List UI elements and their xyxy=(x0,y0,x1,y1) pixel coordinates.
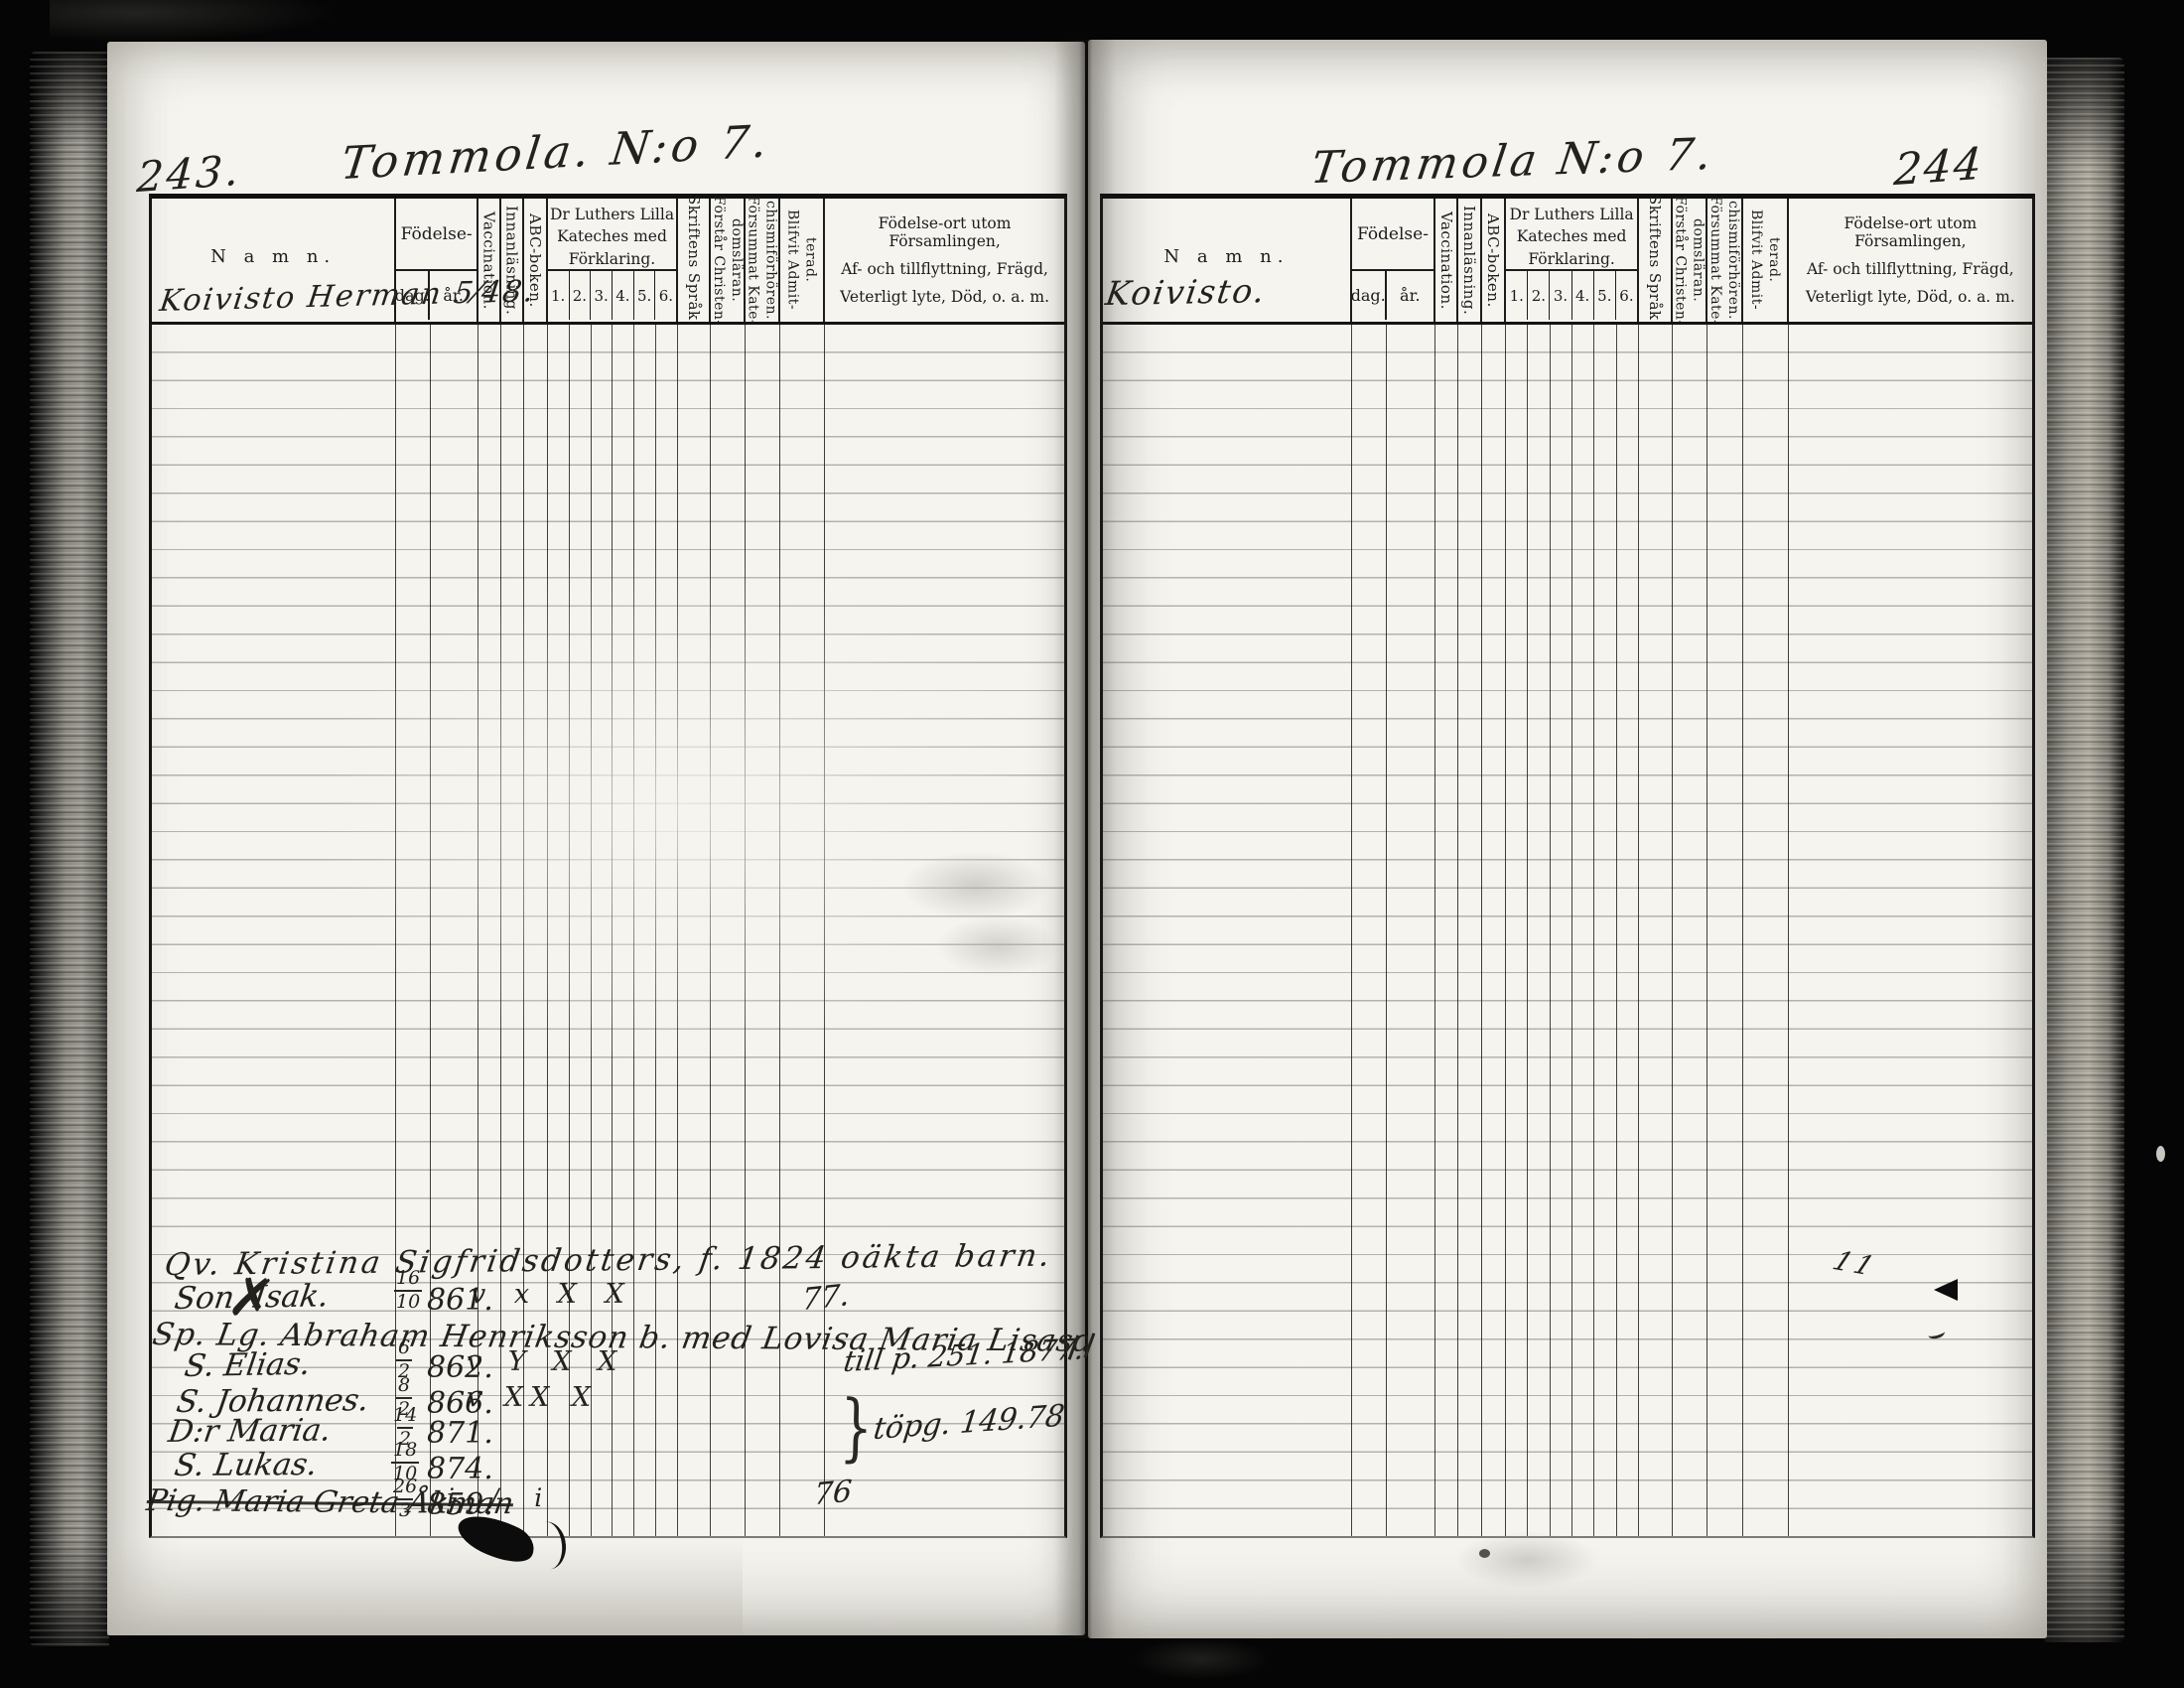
scan-noise-bottom xyxy=(1132,1638,1271,1680)
col-skriftens-sprak: Skriftens Språk. xyxy=(678,199,711,322)
forstar-header-1: Förstår Christen- xyxy=(1673,196,1689,326)
page-title-right: Tommola N:o 7. xyxy=(1307,129,1718,194)
body-col-vaccination xyxy=(1435,325,1458,1536)
body-col-kat5 xyxy=(1594,325,1616,1536)
entry-admitted-year: 77. xyxy=(801,1278,850,1318)
skriftens-sprak-header: Skriftens Språk. xyxy=(1646,195,1664,326)
col-remarks: Födelse-ort utom Församlingen, Af- och t… xyxy=(1789,199,2032,322)
fodelse-header: Födelse- xyxy=(396,199,477,271)
register-table-right: N a m n. Födelse- dag. år. Vaccination. … xyxy=(1100,194,2035,1538)
entry-surname-heading: Koivisto. xyxy=(1103,271,1269,313)
forstar-header-2: domsläran. xyxy=(729,218,745,302)
katekes-col-2: 2. xyxy=(570,271,592,320)
entry-check-marks: v x X X xyxy=(471,1279,634,1310)
entry-row-son-lukas: S. Lukas. xyxy=(172,1447,320,1483)
forsummat-header-1: Försummat Kate- xyxy=(1707,196,1723,325)
skriftens-sprak-header: Skriftens Språk. xyxy=(685,195,703,326)
entry-row-son-elias: S. Elias. xyxy=(182,1346,313,1384)
forstar-header-2: domsläran. xyxy=(1691,218,1706,302)
body-col-forstar xyxy=(1673,325,1708,1536)
body-col-kat1 xyxy=(1506,325,1528,1536)
col-forsummat: Försummat Kate- chismiförhören. xyxy=(1707,199,1743,322)
col-forsummat: Försummat Kate- chismiförhören. xyxy=(746,199,780,322)
katekes-subheader: 1. 2. 3. 4. 5. 6. xyxy=(548,271,676,320)
body-col-abc xyxy=(1482,325,1506,1536)
col-blifvit: Blifvit Admit- terad. xyxy=(780,199,825,322)
remarks-header-2: Af- och tillflyttning, Frägd, xyxy=(1789,260,2032,278)
katekes-col-3: 3. xyxy=(1550,271,1571,320)
katekes-col-1: 1. xyxy=(1506,271,1528,320)
day-denominator: 3 xyxy=(397,1498,413,1521)
book-gutter-shadow xyxy=(1054,40,1116,1638)
col-katekes: Dr Luthers Lilla Kateches med Förklaring… xyxy=(548,199,678,322)
body-col-dag xyxy=(1352,325,1388,1536)
body-col-ar xyxy=(1387,325,1435,1536)
fodelse-subheader: dag. år. xyxy=(1352,271,1433,320)
forstar-header-1: Förstår Christen- xyxy=(711,196,727,326)
katekes-col-5: 5. xyxy=(634,271,656,320)
body-col-innanlasning xyxy=(1458,325,1481,1536)
right-page: Tommola N:o 7. 244 N a m n. Födelse- dag… xyxy=(1088,40,2047,1638)
dag-header: dag. xyxy=(1352,271,1387,320)
day-numerator: 16 xyxy=(396,1269,420,1289)
table-body-right xyxy=(1103,325,2032,1536)
ink-speck xyxy=(1479,1549,1490,1558)
col-blifvit: Blifvit Admit- terad. xyxy=(1743,199,1789,322)
katekes-subheader: 1. 2. 3. 4. 5. 6. xyxy=(1506,271,1637,320)
col-abc-boken: ABC-boken. xyxy=(1482,199,1506,322)
entry-birth-year: 874. xyxy=(427,1452,493,1486)
entry-row-daughter-maria: D:r Maria. xyxy=(166,1413,334,1450)
katekes-header: Dr Luthers Lilla Kateches med Förklaring… xyxy=(548,199,676,271)
body-col-kat3 xyxy=(1551,325,1572,1536)
col-vaccination: Vaccination. xyxy=(1435,199,1458,322)
scanned-parish-register-spread: 243. Tommola. N:o 7. N a m n. Födelse- d… xyxy=(0,0,2184,1688)
col-katekes: Dr Luthers Lilla Kateches med Förklaring… xyxy=(1506,199,1639,322)
katekes-col-3: 3. xyxy=(591,271,613,320)
katekes-col-5: 5. xyxy=(1594,271,1616,320)
entry-birth-day: 1610 xyxy=(394,1269,422,1313)
col-innanlasning: Innanläsning. xyxy=(1458,199,1481,322)
katekes-col-4: 4. xyxy=(613,271,634,320)
abc-boken-header: ABC-boken. xyxy=(1484,213,1502,308)
page-title-left: Tommola. N:o 7. xyxy=(339,114,774,190)
remarks-header-2: Af- och tillflyttning, Frägd, xyxy=(825,260,1064,278)
col-forstar: Förstår Christen- domsläran. xyxy=(711,199,746,322)
katekes-col-2: 2. xyxy=(1528,271,1550,320)
scan-edge-notch xyxy=(1934,1279,1958,1301)
namn-header: N a m n. xyxy=(210,246,336,267)
forsummat-header-2: chismiförhören. xyxy=(1725,201,1741,320)
entry-check-marks: i / i xyxy=(447,1483,556,1512)
body-col-skrift xyxy=(1639,325,1673,1536)
col-remarks: Födelse-ort utom Församlingen, Af- och t… xyxy=(825,199,1064,322)
blifvit-header-2: terad. xyxy=(803,237,819,282)
scan-noise-top-left xyxy=(50,0,338,42)
entry-birth-day: 263 xyxy=(393,1477,417,1521)
body-col-forsummat xyxy=(1707,325,1743,1536)
body-col-remarks xyxy=(1789,325,2032,1536)
entry-check-marks: v XX X xyxy=(467,1382,598,1413)
namn-header: N a m n. xyxy=(1163,246,1289,267)
remarks-header-1: Födelse-ort utom Församlingen, xyxy=(825,214,1064,250)
day-numerator: 14 xyxy=(393,1406,417,1426)
scan-smudge xyxy=(936,915,1060,977)
annotation-brace: } xyxy=(839,1384,874,1472)
body-col-blifvit xyxy=(1743,325,1789,1536)
day-numerator: 6 xyxy=(398,1338,410,1358)
col-skriftens-sprak: Skriftens Språk. xyxy=(1639,199,1673,322)
scan-smudge xyxy=(901,851,1050,920)
remarks-header-1: Födelse-ort utom Församlingen, xyxy=(1789,214,2032,250)
day-numerator: 8 xyxy=(398,1376,410,1396)
katekes-col-6: 6. xyxy=(1616,271,1637,320)
vaccination-header: Vaccination. xyxy=(1437,211,1455,310)
innanlasning-header: Innanläsning. xyxy=(1460,206,1478,315)
katekes-col-1: 1. xyxy=(548,271,570,320)
katekes-col-6: 6. xyxy=(655,271,676,320)
entry-check-marks: v Y X X xyxy=(467,1346,625,1377)
fodelse-header: Födelse- xyxy=(1352,199,1433,271)
book-page-stack-right xyxy=(2045,58,2124,1642)
page-number-right: 244 xyxy=(1892,139,1984,197)
col-fodelse: Födelse- dag. år. xyxy=(1352,199,1435,322)
day-numerator: 18 xyxy=(393,1441,417,1461)
body-col-kat6 xyxy=(1617,325,1639,1536)
blifvit-header-2: terad. xyxy=(1766,237,1782,282)
book-page-stack-left xyxy=(30,52,109,1646)
blifvit-header-1: Blifvit Admit- xyxy=(785,210,801,310)
body-col-kat4 xyxy=(1572,325,1594,1536)
body-col-namn xyxy=(1103,325,1352,1536)
forsummat-header-1: Försummat Kate- xyxy=(746,196,761,325)
remarks-header-3: Veterligt lyte, Död, o. a. m. xyxy=(1789,288,2032,306)
ar-header: år. xyxy=(1387,271,1434,320)
body-col-kat2 xyxy=(1528,325,1550,1536)
entry-birth-year: 871. xyxy=(427,1416,493,1451)
remarks-header-3: Veterligt lyte, Död, o. a. m. xyxy=(825,288,1064,306)
katekes-header: Dr Luthers Lilla Kateches med Förklaring… xyxy=(1506,199,1637,271)
blifvit-header-1: Blifvit Admit- xyxy=(1748,210,1764,310)
forsummat-header-2: chismiförhören. xyxy=(763,201,779,320)
left-page: 243. Tommola. N:o 7. N a m n. Födelse- d… xyxy=(107,42,1085,1635)
day-numerator: 26 xyxy=(393,1477,417,1497)
katekes-col-4: 4. xyxy=(1572,271,1594,320)
entry-admitted-year: 76 xyxy=(813,1474,854,1512)
day-denominator: 10 xyxy=(394,1290,422,1313)
scan-smudge xyxy=(1455,1531,1599,1589)
scan-shadow-bottom xyxy=(107,1536,743,1635)
col-forstar: Förstår Christen- domsläran. xyxy=(1673,199,1708,322)
scan-white-speck xyxy=(2156,1146,2165,1162)
